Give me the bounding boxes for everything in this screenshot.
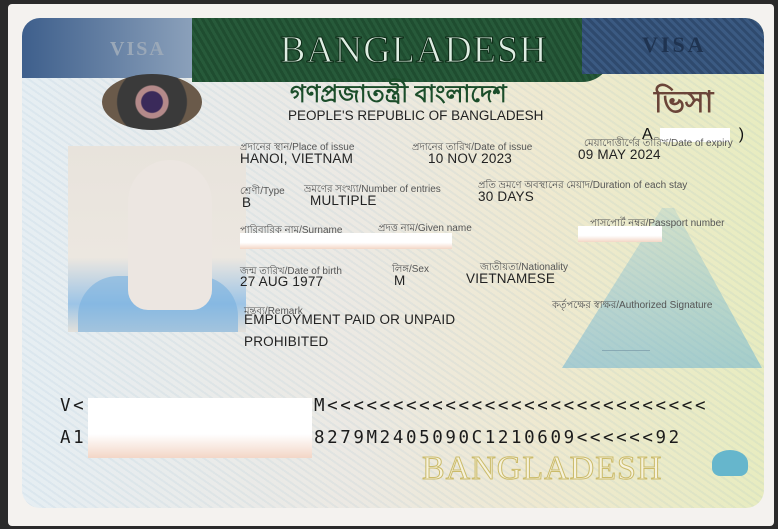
date-of-expiry-value: 09 MAY 2024 (578, 147, 661, 162)
mrz-redacted (88, 398, 312, 458)
place-of-issue-value: HANOI, VIETNAM (240, 151, 353, 166)
sex-value: M (394, 273, 405, 288)
passport-page: VISA VISA BANGLADESH গণপ্রজাতন্ত্রী বাংল… (8, 4, 774, 526)
date-of-issue-value: 10 NOV 2023 (428, 151, 512, 166)
dob-value: 27 AUG 1977 (240, 274, 323, 289)
remark-value-line2: PROHIBITED (244, 334, 329, 349)
authorized-signature-label: কর্তৃপক্ষের স্বাক্ষর/Authorized Signatur… (552, 298, 712, 315)
entries-value: MULTIPLE (310, 193, 377, 208)
footer-country-word: BANGLADESH (422, 450, 662, 488)
country-subtitle: PEOPLE'S REPUBLIC OF BANGLADESH (288, 108, 543, 123)
water-lily-icon (712, 450, 748, 476)
mrz-line1-start: V< (60, 396, 86, 416)
nationality-value: VIETNAMESE (466, 271, 555, 286)
mrz-line1-end: M<<<<<<<<<<<<<<<<<<<<<<<<<<<<< (314, 396, 708, 416)
mrz-line2-end: 8279M2405090C1210609<<<<<<92 (314, 428, 682, 448)
visa-sticker: VISA VISA BANGLADESH গণপ্রজাতন্ত্রী বাংল… (22, 18, 764, 508)
holder-photo (68, 146, 246, 332)
passport-number-redacted (578, 226, 662, 242)
visa-number-suffix: ) (739, 126, 744, 143)
country-title: BANGLADESH (280, 28, 548, 72)
photo-face-blurred (128, 160, 212, 310)
visa-label-left: VISA (110, 38, 166, 61)
remark-value-line1: EMPLOYMENT PAID OR UNPAID (244, 312, 455, 327)
signature-icon (602, 328, 650, 351)
mrz-line2-start: A1 (60, 428, 86, 448)
duration-value: 30 DAYS (478, 189, 534, 204)
visa-label-right: VISA (642, 32, 707, 58)
type-value: B (242, 195, 251, 210)
visa-bengali-label: ভিসা (654, 78, 713, 129)
name-redacted (240, 233, 452, 249)
hologram-emblem-icon (102, 74, 202, 130)
